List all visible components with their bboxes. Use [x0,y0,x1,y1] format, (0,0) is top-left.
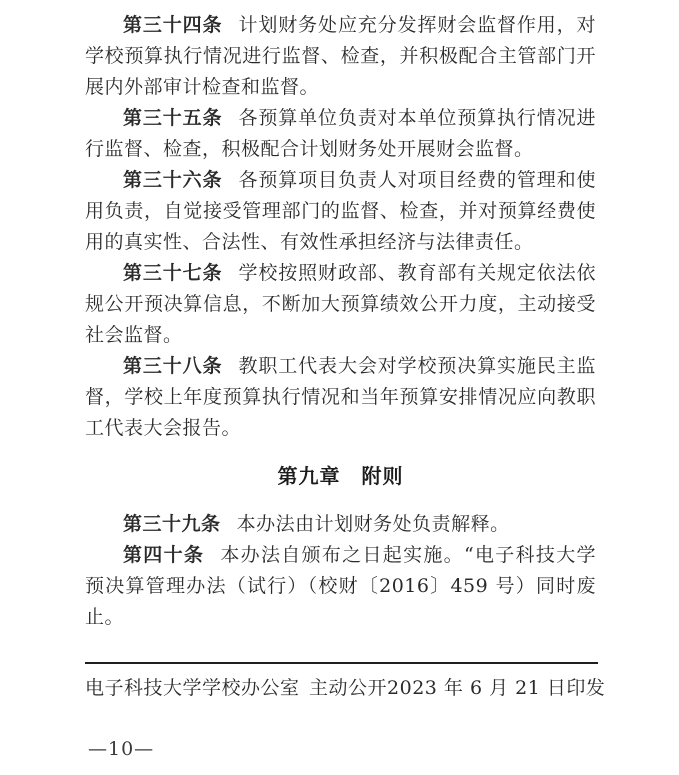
article-paragraph: 第三十七条学校按照财政部、教育部有关规定依法依规公开预决算信息，不断加大预算绩效… [85,258,596,351]
article-paragraph: 第三十八条教职工代表大会对学校预决算实施民主监督，学校上年度预算执行情况和当年预… [85,351,596,444]
footer-divider [85,662,598,664]
footer-issuer: 电子科技大学学校办公室 [85,677,300,699]
article-number: 第三十七条 [123,262,222,284]
document-page: 第三十四条计划财务处应充分发挥财会监督作用，对学校预算执行情况进行监督、检查，并… [0,0,679,775]
footer-print-date: 2023 年 6 月 21 日印发 [387,674,605,702]
article-number: 第三十九条 [123,513,221,535]
document-footer: 电子科技大学学校办公室主动公开 2023 年 6 月 21 日印发 [85,674,595,702]
page-number: —10— [88,737,154,761]
article-paragraph: 第三十四条计划财务处应充分发挥财会监督作用，对学校预算执行情况进行监督、检查，并… [85,10,596,103]
document-body: 第三十四条计划财务处应充分发挥财会监督作用，对学校预算执行情况进行监督、检查，并… [85,10,596,633]
article-number: 第三十六条 [123,169,222,191]
article-paragraph: 第三十六条各预算项目负责人对项目经费的管理和使用负责，自觉接受管理部门的监督、检… [85,165,596,258]
article-number: 第三十四条 [123,14,222,36]
article-text: 本办法由计划财务处负责解释。 [237,513,510,535]
article-paragraph: 第三十五条各预算单位负责对本单位预算执行情况进行监督、检查，积极配合计划财务处开… [85,103,596,165]
footer-issuer-block: 电子科技大学学校办公室主动公开 [85,674,387,702]
footer-publicity: 主动公开 [309,677,387,699]
article-number: 第三十八条 [123,355,222,377]
article-number: 第三十五条 [123,107,222,129]
article-paragraph: 第四十条本办法自颁布之日起实施。“电子科技大学预决算管理办法（试行）（校财〔20… [85,540,596,633]
article-paragraph: 第三十九条本办法由计划财务处负责解释。 [85,509,596,540]
chapter-heading: 第九章 附则 [85,461,596,492]
article-number: 第四十条 [123,544,204,566]
